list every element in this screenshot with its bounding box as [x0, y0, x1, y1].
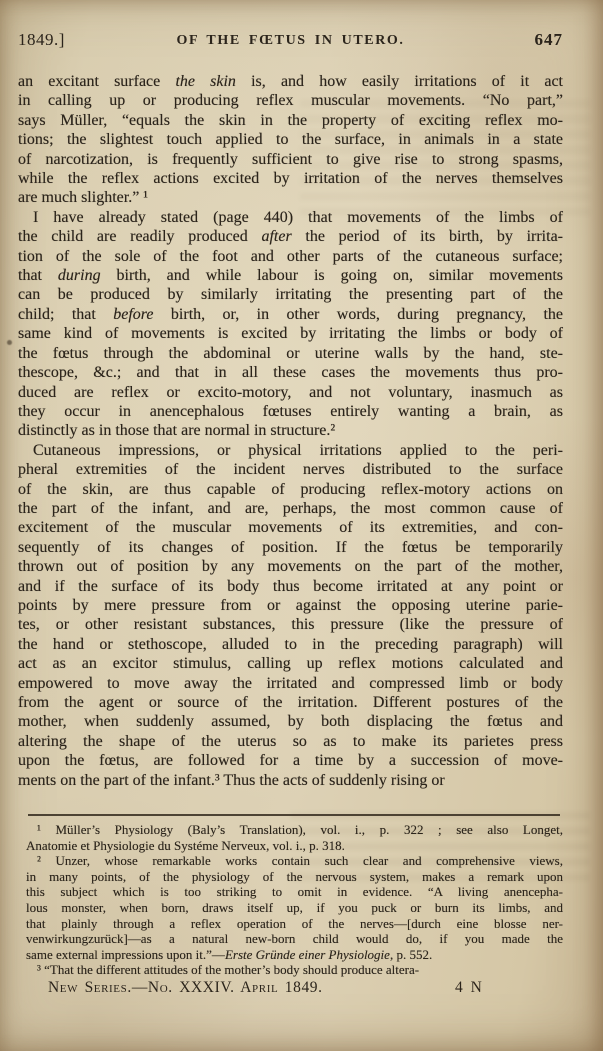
- text-line: Anatomie et Physiologie du Systéme Nerve…: [26, 838, 563, 854]
- text-line: an excitant surface the skin is, and how…: [18, 72, 563, 91]
- text-line: tes, or other resistant substances, this…: [18, 615, 563, 634]
- text-line: empowered to move away the irritated and…: [18, 674, 563, 693]
- text-line: pheral extremities of the incident nerve…: [18, 460, 563, 479]
- text-line: tions; the slightest touch applied to th…: [18, 130, 563, 149]
- text-line: ³ “That the different attitudes of the m…: [26, 962, 563, 978]
- text-line: same external impressions upon it.”—Erst…: [26, 947, 563, 963]
- text-line: ² Unzer, whose remarkable works contain …: [26, 853, 563, 869]
- text-line: ¹ Müller’s Physiology (Baly’s Translatio…: [26, 822, 563, 838]
- text-line: I have already stated (page 440) that mo…: [18, 208, 563, 227]
- text-line: mother, when suddenly assumed, by both d…: [18, 712, 563, 731]
- text-line: the hand or stethoscope, alluded to in t…: [18, 635, 563, 654]
- text-line: venwirkungzurück]—as a natural new-born …: [26, 931, 563, 947]
- text-line: while the reflex actions excited by irri…: [18, 169, 563, 188]
- text-line: child; that before birth, or, in other w…: [18, 305, 563, 324]
- text-line: in many points, of the physiology of the…: [26, 869, 563, 885]
- footnotes: ¹ Müller’s Physiology (Baly’s Translatio…: [26, 822, 563, 978]
- text-line: sequently of its changes of position. If…: [18, 538, 563, 557]
- signature-mark: 4 N: [455, 979, 484, 997]
- text-line: duced are reflex or excito-motory, and n…: [18, 383, 563, 402]
- text-line: in calling up or producing reflex muscul…: [18, 91, 563, 110]
- text-line: of the skin, are thus capable of produci…: [18, 480, 563, 499]
- text-line: thescope, &c.; and that in all these cas…: [18, 363, 563, 382]
- footnote: ¹ Müller’s Physiology (Baly’s Translatio…: [26, 822, 563, 853]
- text-line: excitement of the muscular movements of …: [18, 518, 563, 537]
- text-line: ments on the part of the infant.³ Thus t…: [18, 771, 563, 790]
- page-header: 1849.] OF THE FŒTUS IN UTERO. 647: [18, 30, 563, 52]
- text-line: distinctly as in those that are normal i…: [18, 421, 563, 440]
- text-line: of narcotization, is frequently sufficie…: [18, 150, 563, 169]
- text-line: same kind of movements is excited by irr…: [18, 324, 563, 343]
- text-line: that during birth, and while labour is g…: [18, 266, 563, 285]
- ink-speck: [7, 340, 12, 345]
- series-imprint-label: New Series.—No. XXXIV. April 1849.: [48, 979, 323, 997]
- text-line: Cutaneous impressions, or physical irrit…: [18, 441, 563, 460]
- text-line: the part of the infant, and are, perhaps…: [18, 499, 563, 518]
- text-line: thrown out of position by any movements …: [18, 557, 563, 576]
- scanned-book-page: { "page": { "paper_color": "#d8ccae", "i…: [0, 0, 603, 1051]
- text-line: tion of the sole of the foot and other p…: [18, 247, 563, 266]
- text-line: and if the surface of its body thus beco…: [18, 577, 563, 596]
- text-line: this subject which is too striking to om…: [26, 884, 563, 900]
- text-line: act as an excitor stimulus, calling up r…: [18, 654, 563, 673]
- text-line: altering the shape of the uterus so as t…: [18, 732, 563, 751]
- body-text: an excitant surface the skin is, and how…: [18, 72, 563, 790]
- text-line: the fœtus through the abdominal or uteri…: [18, 344, 563, 363]
- footnote: ³ “That the different attitudes of the m…: [26, 962, 563, 978]
- text-line: can be produced by similarly irritating …: [18, 285, 563, 304]
- text-line: from the agent or source of the irritati…: [18, 693, 563, 712]
- text-line: they occur in anencephalous fœtuses enti…: [18, 402, 563, 421]
- text-line: upon the fœtus, are followed for a time …: [18, 751, 563, 770]
- page-number: 647: [535, 30, 564, 50]
- footnote-rule: [28, 814, 560, 816]
- text-line: points by mere pressure from or against …: [18, 596, 563, 615]
- running-title: OF THE FŒTUS IN UTERO.: [18, 33, 563, 49]
- page-footer: New Series.—No. XXXIV. April 1849. 4 N: [18, 979, 563, 1001]
- text-line: lous monster, when born, draws itself up…: [26, 900, 563, 916]
- text-line: that plainly through a reflex operation …: [26, 916, 563, 932]
- text-line: are much slighter.” ¹: [18, 188, 563, 207]
- text-line: says Müller, “equals the skin in the pro…: [18, 111, 563, 130]
- page-content: 1849.] OF THE FŒTUS IN UTERO. 647 an exc…: [0, 0, 603, 1051]
- footnote: ² Unzer, whose remarkable works contain …: [26, 853, 563, 962]
- text-line: the child are readily produced after the…: [18, 227, 563, 246]
